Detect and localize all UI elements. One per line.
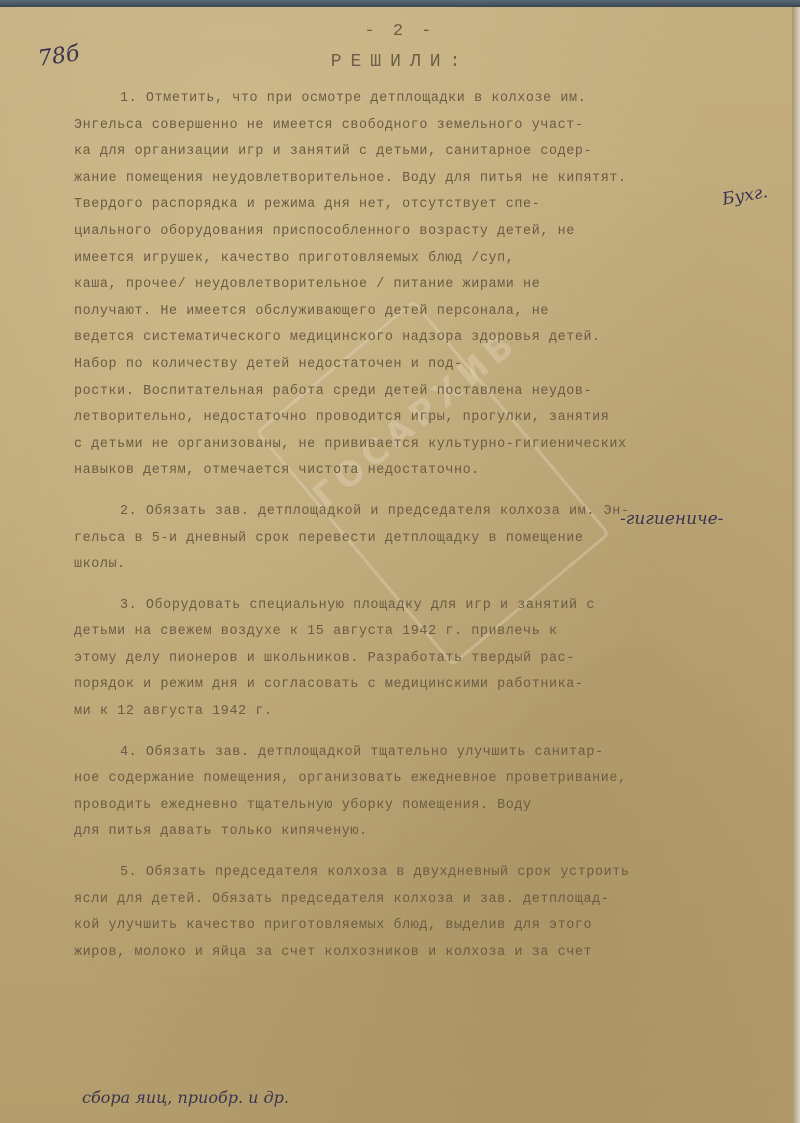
page-number: - 2 - — [0, 22, 800, 41]
text-line: для питья давать только кипяченую. — [74, 819, 764, 846]
text-line: ми к 12 августа 1942 г. — [74, 699, 764, 726]
text-line: Набор по количеству детей недостаточен и… — [74, 352, 764, 379]
text-line: жиров, молоко и яйца за счет колхозников… — [74, 940, 764, 967]
text-line: 1. Отметить, что при осмотре детплощадки… — [74, 86, 764, 113]
text-line: каша, прочее/ неудовлетворительное / пит… — [74, 272, 764, 299]
text-line: ростки. Воспитательная работа среди дете… — [74, 379, 764, 406]
handwritten-inline-insert: -гигиениче- — [620, 509, 723, 529]
text-line: Твердого распорядка и режима дня нет, от… — [74, 192, 764, 219]
text-line: 5. Обязать председателя колхоза в двухдн… — [74, 860, 764, 887]
text-line: ведется систематического медицинского на… — [74, 325, 764, 352]
text-line: кой улучшить качество приготовляемых блю… — [74, 913, 764, 940]
section-heading: РЕШИЛИ: — [0, 52, 800, 72]
text-line: Энгельса совершенно не имеется свободног… — [74, 113, 764, 140]
text-line: проводить ежедневно тщательную уборку по… — [74, 793, 764, 820]
text-line: ное содержание помещения, организовать е… — [74, 766, 764, 793]
text-line: имеется игрушек, качество приготовляемых… — [74, 246, 764, 273]
paragraph-5: 5. Обязать председателя колхоза в двухдн… — [74, 860, 764, 966]
scanner-border — [0, 0, 800, 7]
text-line: ка для организации игр и занятий с детьм… — [74, 139, 764, 166]
text-line: 3. Оборудовать специальную площадку для … — [74, 593, 764, 620]
text-line: ясли для детей. Обязать председателя кол… — [74, 887, 764, 914]
text-line: жание помещения неудовлетворительное. Во… — [74, 166, 764, 193]
text-line: навыков детям, отмечается чистота недост… — [74, 458, 764, 485]
paragraph-4: 4. Обязать зав. детплощадкой тщательно у… — [74, 740, 764, 846]
paragraph-3: 3. Оборудовать специальную площадку для … — [74, 593, 764, 726]
text-line: детьми на свежем воздухе к 15 августа 19… — [74, 619, 764, 646]
text-line: летворительно, недостаточно проводится и… — [74, 405, 764, 432]
text-line: получают. Не имеется обслуживающего дете… — [74, 299, 764, 326]
text-line: школы. — [74, 552, 764, 579]
page-edge — [792, 7, 800, 1123]
paragraph-1: 1. Отметить, что при осмотре детплощадки… — [74, 86, 764, 485]
handwritten-footer-note: сбора яиц, приобр. и др. — [82, 1088, 289, 1107]
text-line: этому делу пионеров и школьников. Разраб… — [74, 646, 764, 673]
text-line: циального оборудования приспособленного … — [74, 219, 764, 246]
text-line: гельса в 5-и дневный срок перевести детп… — [74, 526, 764, 553]
text-line: с детьми не организованы, не прививается… — [74, 432, 764, 459]
text-line: 4. Обязать зав. детплощадкой тщательно у… — [74, 740, 764, 767]
text-line: порядок и режим дня и согласовать с меди… — [74, 672, 764, 699]
